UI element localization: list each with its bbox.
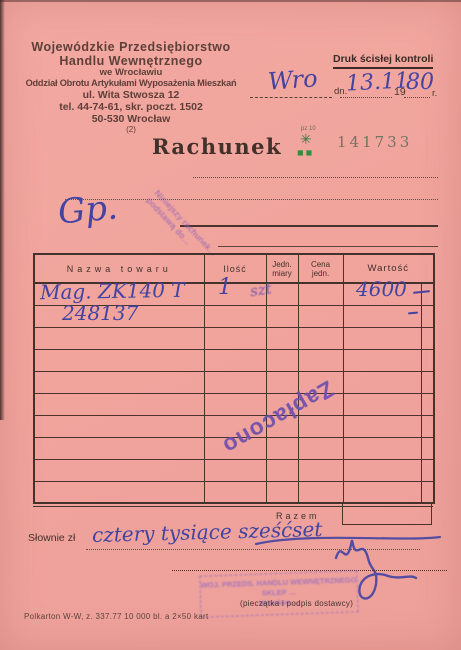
table-cell (421, 327, 434, 349)
table-cell (421, 415, 434, 437)
table-cell (298, 305, 343, 327)
scan-edge-shadow (0, 0, 5, 420)
table-cell (343, 327, 421, 349)
asterisk-emblem-icon: ✳ (300, 132, 312, 146)
table-cell (298, 283, 343, 305)
table-cell (421, 371, 434, 393)
supplier-ink-stamp: WOJ. PRZEDS. HANDLU WEWNĘTRZNEGO SKLEP …… (199, 570, 358, 617)
squares-emblem-icon: ◼◼ (297, 149, 314, 157)
signature-line (172, 570, 447, 571)
handwritten-city: Wro (267, 64, 318, 95)
document-title: Rachunek (152, 134, 282, 159)
table-cell (343, 481, 421, 503)
strict-control-label: Druk ścisłej kontroli (333, 53, 433, 69)
table-cell (204, 349, 266, 371)
total-box (342, 504, 432, 525)
table-cell (204, 481, 266, 503)
handwritten-quantity: 1 (218, 275, 232, 300)
table-cell (343, 305, 421, 327)
handwritten-unit: szt (249, 280, 273, 301)
table-cell (421, 459, 434, 481)
table-cell (266, 349, 298, 371)
table-cell (421, 305, 434, 327)
company-name-line: Handlu Wewnętrznego (22, 54, 240, 68)
table-row (34, 371, 434, 393)
buyer-line-3 (180, 225, 438, 227)
table-cell (34, 327, 204, 349)
company-name-line: Wojewódzkie Przedsiębiorstwo (22, 40, 240, 54)
city-underline (250, 97, 332, 98)
header-cell-ilosc: Ilość (204, 254, 266, 283)
table-cell (204, 327, 266, 349)
table-cell (266, 371, 298, 393)
handwritten-value: 4600 (356, 277, 407, 301)
year-suffix: r. (432, 88, 437, 99)
table-cell (266, 327, 298, 349)
table-cell (34, 415, 204, 437)
table-cell (343, 393, 421, 415)
buyer-line-1 (193, 177, 438, 178)
table-cell (343, 415, 421, 437)
table-cell (298, 481, 343, 503)
table-cell (34, 459, 204, 481)
header-cena-line2: jedn. (312, 269, 329, 278)
table-row (34, 349, 434, 371)
table-cell (34, 371, 204, 393)
table-cell (34, 481, 204, 503)
table-row (34, 393, 434, 415)
company-street-line: ul. Wita Stwosza 12 (22, 89, 240, 101)
company-city-line: we Wrocławiu (22, 68, 240, 78)
header-cell-cena: Cenajedn. (298, 254, 343, 283)
handwritten-item-serial: 248137 (62, 301, 138, 325)
table-cell (298, 437, 343, 459)
table-cell (266, 305, 298, 327)
serial-number: 141733 (337, 133, 412, 151)
table-cell (204, 305, 266, 327)
header-cena-line1: Cena (311, 260, 330, 269)
table-cell (421, 393, 434, 415)
company-header: Wojewódzkie Przedsiębiorstwo Handlu Wewn… (22, 40, 240, 135)
table-row (34, 481, 434, 503)
table-cell (266, 481, 298, 503)
stamp-caption: (pieczątka i podpis dostawcy) (240, 599, 353, 608)
table-cell (343, 349, 421, 371)
table-cell (421, 437, 434, 459)
table-cell (298, 327, 343, 349)
table-cell (204, 393, 266, 415)
table-cell (421, 481, 434, 503)
buyer-line-2 (65, 199, 438, 200)
date-underline (340, 97, 392, 98)
table-cell (204, 371, 266, 393)
scan-top-shadow (0, 0, 461, 2)
header-jedn-line2: miary (272, 269, 292, 278)
amount-in-words-label: Słownie zł (28, 532, 75, 544)
table-row (34, 327, 434, 349)
table-cell (343, 459, 421, 481)
table-cell (421, 349, 434, 371)
header-cell-jedn: Jedn.miary (266, 254, 298, 283)
table-cell (298, 459, 343, 481)
table-cell (421, 283, 434, 305)
table-cell (34, 393, 204, 415)
handwritten-year: 80 (406, 70, 434, 95)
table-row (34, 459, 434, 481)
table-cell (266, 459, 298, 481)
buyer-line-4 (218, 246, 438, 247)
year-underline (404, 97, 430, 98)
table-cell (34, 437, 204, 459)
printer-imprint: Polkarton W-W, z. 337.77 10 000 bl. a 2×… (24, 612, 209, 621)
company-postal-line: 50-530 Wrocław (22, 113, 240, 125)
table-cell (298, 415, 343, 437)
header-jedn-line1: Jedn. (272, 260, 292, 269)
company-phone-line: tel. 44-74-61, skr. poczt. 1502 (22, 101, 240, 113)
handwritten-note: Gp. (56, 187, 119, 232)
company-division-line: Oddział Obrotu Artykułami Wyposażenia Mi… (22, 78, 240, 89)
table-cell (343, 437, 421, 459)
table-cell (266, 437, 298, 459)
receipt-scan: Wojewódzkie Przedsiębiorstwo Handlu Wewn… (0, 0, 461, 650)
table-cell (34, 349, 204, 371)
